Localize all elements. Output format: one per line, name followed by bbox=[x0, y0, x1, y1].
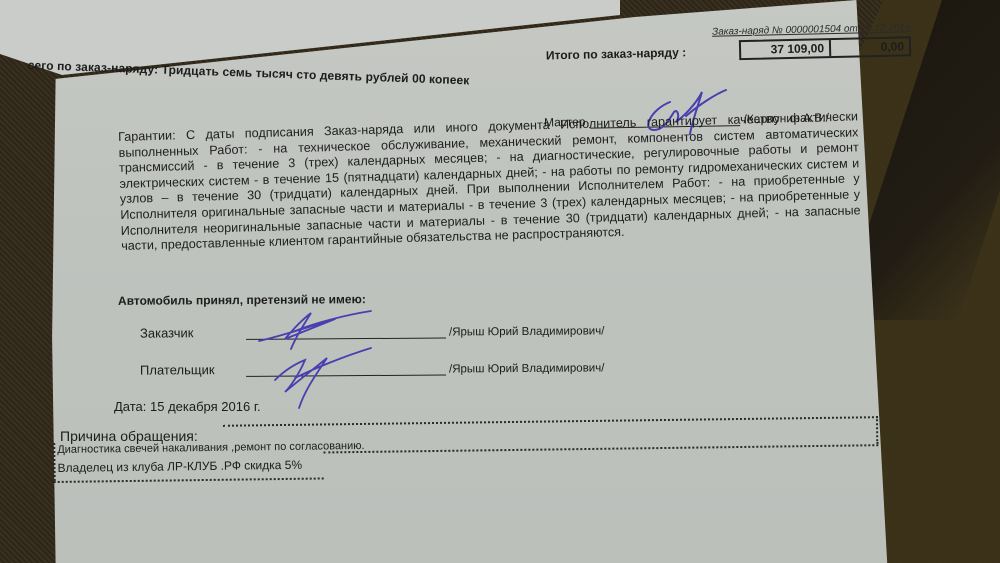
dotted-border bbox=[323, 444, 878, 453]
document-date: Дата: 15 декабря 2016 г. bbox=[114, 399, 261, 414]
dotted-border bbox=[54, 477, 324, 483]
warranty-terms: Гарантии: С даты подписания Заказ-наряда… bbox=[118, 109, 861, 254]
total-label: Итого по заказ-наряду : bbox=[546, 45, 687, 62]
payer-name: /Ярыш Юрий Владимирович/ bbox=[449, 362, 604, 375]
total-box: 37 109,00 0,00 bbox=[739, 36, 911, 60]
customer-label: Заказчик bbox=[140, 325, 246, 341]
header: Заказ-наряд № 0000001504 от 15.12.2016 И… bbox=[60, 0, 922, 109]
document-content: Заказ-наряд № 0000001504 от 15.12.2016 И… bbox=[0, 0, 1000, 563]
order-reference: Заказ-наряд № 0000001504 от 15.12.2016 bbox=[712, 22, 911, 38]
payer-signature-icon bbox=[265, 340, 375, 410]
reason-title: Причина обращения: bbox=[60, 428, 198, 444]
dotted-border bbox=[876, 416, 878, 444]
dotted-border bbox=[53, 443, 55, 481]
reason-line: Владелец из клуба ЛР-КЛУБ .РФ скидка 5% bbox=[57, 458, 302, 475]
total-secondary-amount: 0,00 bbox=[831, 38, 909, 56]
dotted-border bbox=[223, 416, 878, 427]
customer-name: /Ярыш Юрий Владимирович/ bbox=[449, 325, 604, 338]
payer-label: Плательщик bbox=[140, 362, 246, 378]
total-amount: 37 109,00 bbox=[741, 40, 831, 58]
reason-box: Диагностика свечей накаливания ,ремонт п… bbox=[53, 416, 879, 482]
